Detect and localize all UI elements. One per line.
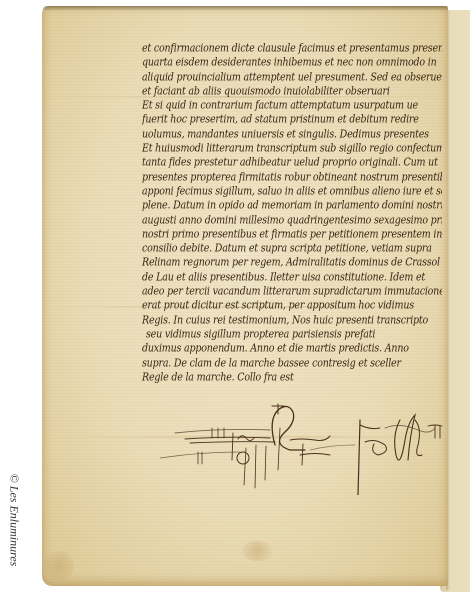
notarial-signatures <box>160 400 450 495</box>
manuscript-text: et confirmacionem dicte clausule facimus… <box>142 42 442 385</box>
manuscript-photo: © Les Enluminures et confirmacionem dict… <box>0 0 470 600</box>
stain <box>242 541 272 561</box>
copyright-watermark: © Les Enluminures <box>4 462 24 577</box>
signature-flourishes-icon <box>160 400 450 495</box>
copyright-text: © Les Enluminures <box>7 473 22 566</box>
text-line: Regle de la marche. Collo fra est <box>142 370 442 386</box>
stain <box>44 551 74 581</box>
